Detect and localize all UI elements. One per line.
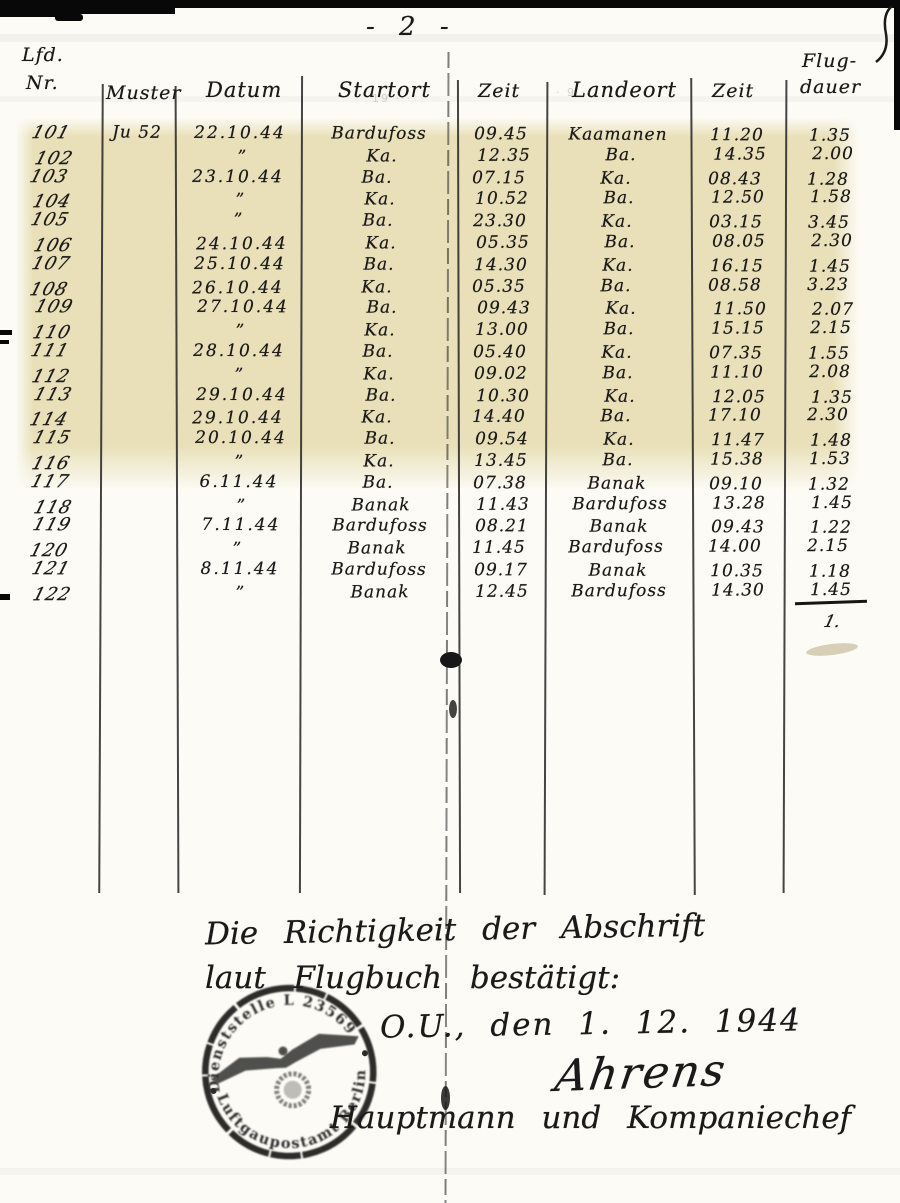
cell-startort: Ba.: [306, 385, 456, 406]
cell-zeit2: 09.43: [695, 517, 781, 537]
scanned-flight-log-page: - 2 - Lfd. Nr. Muster Datum Startort Zei…: [0, 0, 900, 1203]
sum-mark: 1.: [822, 612, 843, 632]
cell-startort: Ba.: [303, 211, 453, 232]
cell-landeort: Banak: [547, 473, 687, 494]
cell-datum: ”: [183, 210, 295, 230]
certification-line-3: O.U., den 1. 12. 1944: [380, 1002, 802, 1045]
cell-zeit2: 12.50: [695, 188, 781, 208]
cell-dauer: 1.32: [787, 474, 871, 494]
bleed-mark: · 9 ··: [556, 86, 592, 99]
cell-dauer: 1.58: [789, 187, 873, 207]
cell-landeort: Bardufoss: [550, 493, 690, 514]
cell-zeit1: 09.43: [463, 298, 545, 318]
cell-startort: Ba.: [305, 429, 455, 450]
cell-startort: Ba.: [303, 472, 453, 493]
cell-startort: Ba.: [304, 254, 454, 275]
cell-startort: Ba.: [302, 167, 452, 188]
cell-zeit2: 15.38: [694, 449, 780, 469]
cell-nr: 121: [11, 558, 91, 579]
cell-landeort: Ka.: [548, 255, 688, 276]
cell-zeit1: 11.43: [462, 494, 544, 514]
header-zeit-land: Zeit: [712, 80, 754, 102]
cell-datum: ”: [186, 495, 298, 516]
cell-startort: Bardufoss: [304, 123, 454, 144]
cell-zeit2: 10.35: [694, 561, 780, 581]
ink-blot: [449, 700, 457, 718]
cell-landeort: Ba.: [549, 188, 689, 209]
cell-datum: ”: [185, 583, 297, 604]
cell-zeit2: 08.58: [692, 275, 778, 295]
cell-datum: 22.10.44: [184, 123, 296, 143]
cell-dauer: 2.15: [786, 536, 870, 556]
scan-speck: [55, 14, 83, 21]
cell-landeort: Bardufoss: [546, 537, 686, 558]
cell-datum: 23.10.44: [182, 166, 294, 186]
header-datum: Datum: [206, 78, 282, 102]
cell-startort: Ka.: [305, 320, 455, 341]
header-nr: Nr.: [26, 72, 59, 94]
table-row: 122”Banak12.45Bardufoss14.301.45: [1, 579, 900, 606]
cell-datum: ”: [184, 365, 296, 386]
cell-dauer: 1.18: [788, 561, 872, 581]
cell-landeort: Ba.: [548, 363, 688, 384]
certification-line-2: laut Flugbuch bestätigt:: [205, 960, 620, 996]
header-muster: Muster: [106, 82, 181, 104]
cell-zeit1: 10.30: [462, 386, 544, 406]
cell-startort: Ba.: [303, 341, 453, 362]
cell-zeit1: 14.40: [458, 407, 540, 427]
cell-zeit1: 05.35: [462, 233, 544, 253]
cell-dauer: 3.23: [786, 274, 870, 294]
cell-zeit2: 13.28: [696, 493, 782, 513]
cell-startort: Banak: [306, 495, 456, 516]
cell-zeit1: 05.40: [459, 342, 541, 362]
cell-zeit2: 09.10: [693, 474, 779, 494]
cell-dauer: 2.15: [789, 318, 873, 338]
ink-blot: [440, 652, 462, 668]
cell-startort: Ka.: [307, 146, 457, 167]
cell-zeit2: 03.15: [693, 212, 779, 232]
header-flugdauer-2: dauer: [800, 76, 861, 98]
cell-zeit1: 23.30: [459, 211, 541, 231]
cell-dauer: 1.55: [787, 343, 871, 363]
cell-zeit2: 15.15: [695, 318, 781, 338]
cell-startort: Ka.: [305, 189, 455, 210]
cell-dauer: 2.00: [791, 144, 875, 164]
cell-nr: 107: [11, 253, 91, 274]
cell-startort: Bardufoss: [304, 559, 454, 580]
cell-startort: Ka.: [304, 451, 454, 472]
cell-zeit1: 09.45: [460, 124, 542, 144]
pen-flourish: [852, 4, 898, 66]
cell-startort: Ka.: [306, 233, 456, 254]
header-lfd: Lfd.: [22, 44, 64, 66]
cell-landeort: Bardufoss: [549, 581, 689, 602]
cell-nr: 119: [12, 515, 92, 536]
cell-datum: 20.10.44: [185, 428, 297, 448]
cell-nr: 101: [11, 122, 91, 143]
cell-zeit1: 14.30: [460, 255, 542, 275]
cell-dauer: 2.08: [788, 362, 872, 382]
scan-streak: [0, 1168, 900, 1175]
cell-zeit2: 11.47: [695, 430, 781, 450]
cell-zeit1: 12.45: [461, 581, 543, 601]
cell-landeort: Ka.: [550, 386, 690, 407]
cell-nr: 113: [13, 384, 93, 405]
cell-zeit1: 12.35: [463, 145, 545, 165]
cell-datum: ”: [187, 147, 299, 168]
cell-landeort: Ka.: [546, 168, 686, 189]
cell-landeort: Ba.: [546, 406, 686, 427]
cell-nr: 117: [10, 471, 90, 492]
cell-zeit1: 07.15: [458, 168, 540, 188]
cell-zeit2: 14.35: [697, 144, 783, 164]
scan-edge-top: [0, 0, 900, 8]
cell-zeit2: 11.10: [694, 362, 780, 382]
cell-zeit1: 13.00: [461, 320, 543, 340]
cell-zeit2: 14.30: [695, 580, 781, 600]
cell-zeit1: 09.02: [460, 363, 542, 383]
cell-zeit2: 12.05: [696, 387, 782, 407]
cell-dauer: 2.30: [790, 231, 874, 251]
cell-nr: 122: [12, 584, 92, 605]
certification-line-4: Hauptmann und Kompaniechef: [330, 1100, 851, 1136]
cell-datum: ”: [185, 321, 297, 342]
cell-startort: Ka.: [302, 407, 452, 428]
cell-zeit2: 08.05: [696, 231, 782, 251]
cell-datum: ”: [185, 190, 297, 211]
cell-dauer: 1.35: [788, 125, 872, 145]
cell-datum: 6.11.44: [183, 472, 295, 492]
cell-datum: 29.10.44: [186, 384, 298, 404]
cell-startort: Bardufoss: [305, 516, 455, 537]
cell-nr: 109: [14, 297, 94, 318]
cell-nr: 111: [10, 340, 90, 361]
cell-zeit2: 08.43: [692, 169, 778, 189]
cell-landeort: Ba.: [550, 232, 690, 253]
cell-datum: 29.10.44: [182, 408, 294, 429]
cell-datum: 8.11.44: [184, 559, 296, 579]
cell-startort: Ka.: [304, 364, 454, 385]
cell-muster: Ju 52: [102, 122, 172, 142]
cell-dauer: 1.45: [789, 580, 873, 600]
cell-landeort: Ka.: [551, 299, 691, 320]
cell-dauer: 1.45: [788, 256, 872, 276]
cell-dauer: 2.30: [786, 405, 870, 425]
cell-zeit1: 09.17: [460, 560, 542, 580]
cell-zeit1: 08.21: [461, 516, 543, 536]
cell-zeit1: 05.35: [458, 276, 540, 296]
cell-zeit1: 13.45: [460, 451, 542, 471]
cell-zeit2: 14.00: [692, 536, 778, 556]
certification-line-1: Die Richtigkeit der Abschrift: [205, 908, 706, 953]
cell-datum: 27.10.44: [187, 297, 299, 317]
cell-startort: Banak: [305, 582, 455, 603]
header-flugdauer-1: Flug-: [802, 50, 857, 72]
cell-landeort: Ka.: [549, 430, 689, 451]
cell-datum: ”: [184, 452, 296, 473]
cell-datum: 28.10.44: [183, 341, 295, 361]
cell-nr: 115: [12, 427, 92, 448]
bleed-mark: 19 ···: [372, 92, 412, 105]
cell-landeort: Ba.: [549, 319, 689, 340]
cell-datum: 7.11.44: [185, 515, 297, 535]
cell-nr: 105: [10, 209, 90, 230]
header-zeit-start: Zeit: [478, 80, 520, 102]
cell-startort: Ka.: [302, 277, 452, 298]
cell-landeort: Kaamanen: [548, 124, 688, 145]
cell-zeit1: 11.45: [458, 538, 540, 558]
cell-landeort: Ba.: [551, 145, 691, 166]
cell-landeort: Banak: [548, 560, 688, 581]
cell-startort: Ba.: [307, 298, 457, 319]
cell-landeort: Ka.: [547, 212, 687, 233]
cell-landeort: Ba.: [546, 275, 686, 296]
eraser-smudge: [806, 641, 859, 658]
cell-startort: Banak: [302, 538, 452, 559]
cell-landeort: Banak: [549, 517, 689, 538]
signature: Ahrens: [552, 1045, 730, 1102]
cell-zeit2: 17.10: [692, 406, 778, 426]
cell-zeit2: 11.50: [697, 299, 783, 319]
cell-datum: 24.10.44: [186, 234, 298, 255]
cell-zeit1: 07.38: [459, 473, 541, 493]
cell-datum: 25.10.44: [184, 254, 296, 274]
cell-datum: 26.10.44: [182, 277, 294, 298]
cell-zeit1: 10.52: [461, 189, 543, 209]
cell-dauer: 1.53: [788, 449, 872, 469]
cell-dauer: 1.45: [790, 492, 874, 512]
cell-landeort: Ba.: [548, 450, 688, 471]
cell-zeit2: 11.20: [694, 125, 780, 145]
cell-zeit2: 07.35: [693, 343, 779, 363]
cell-landeort: Ka.: [547, 342, 687, 363]
page-number: - 2 -: [366, 12, 457, 42]
cell-zeit1: 09.54: [461, 429, 543, 449]
cell-zeit2: 16.15: [694, 256, 780, 276]
cell-datum: ”: [182, 539, 294, 560]
cell-nr: 103: [9, 166, 89, 187]
